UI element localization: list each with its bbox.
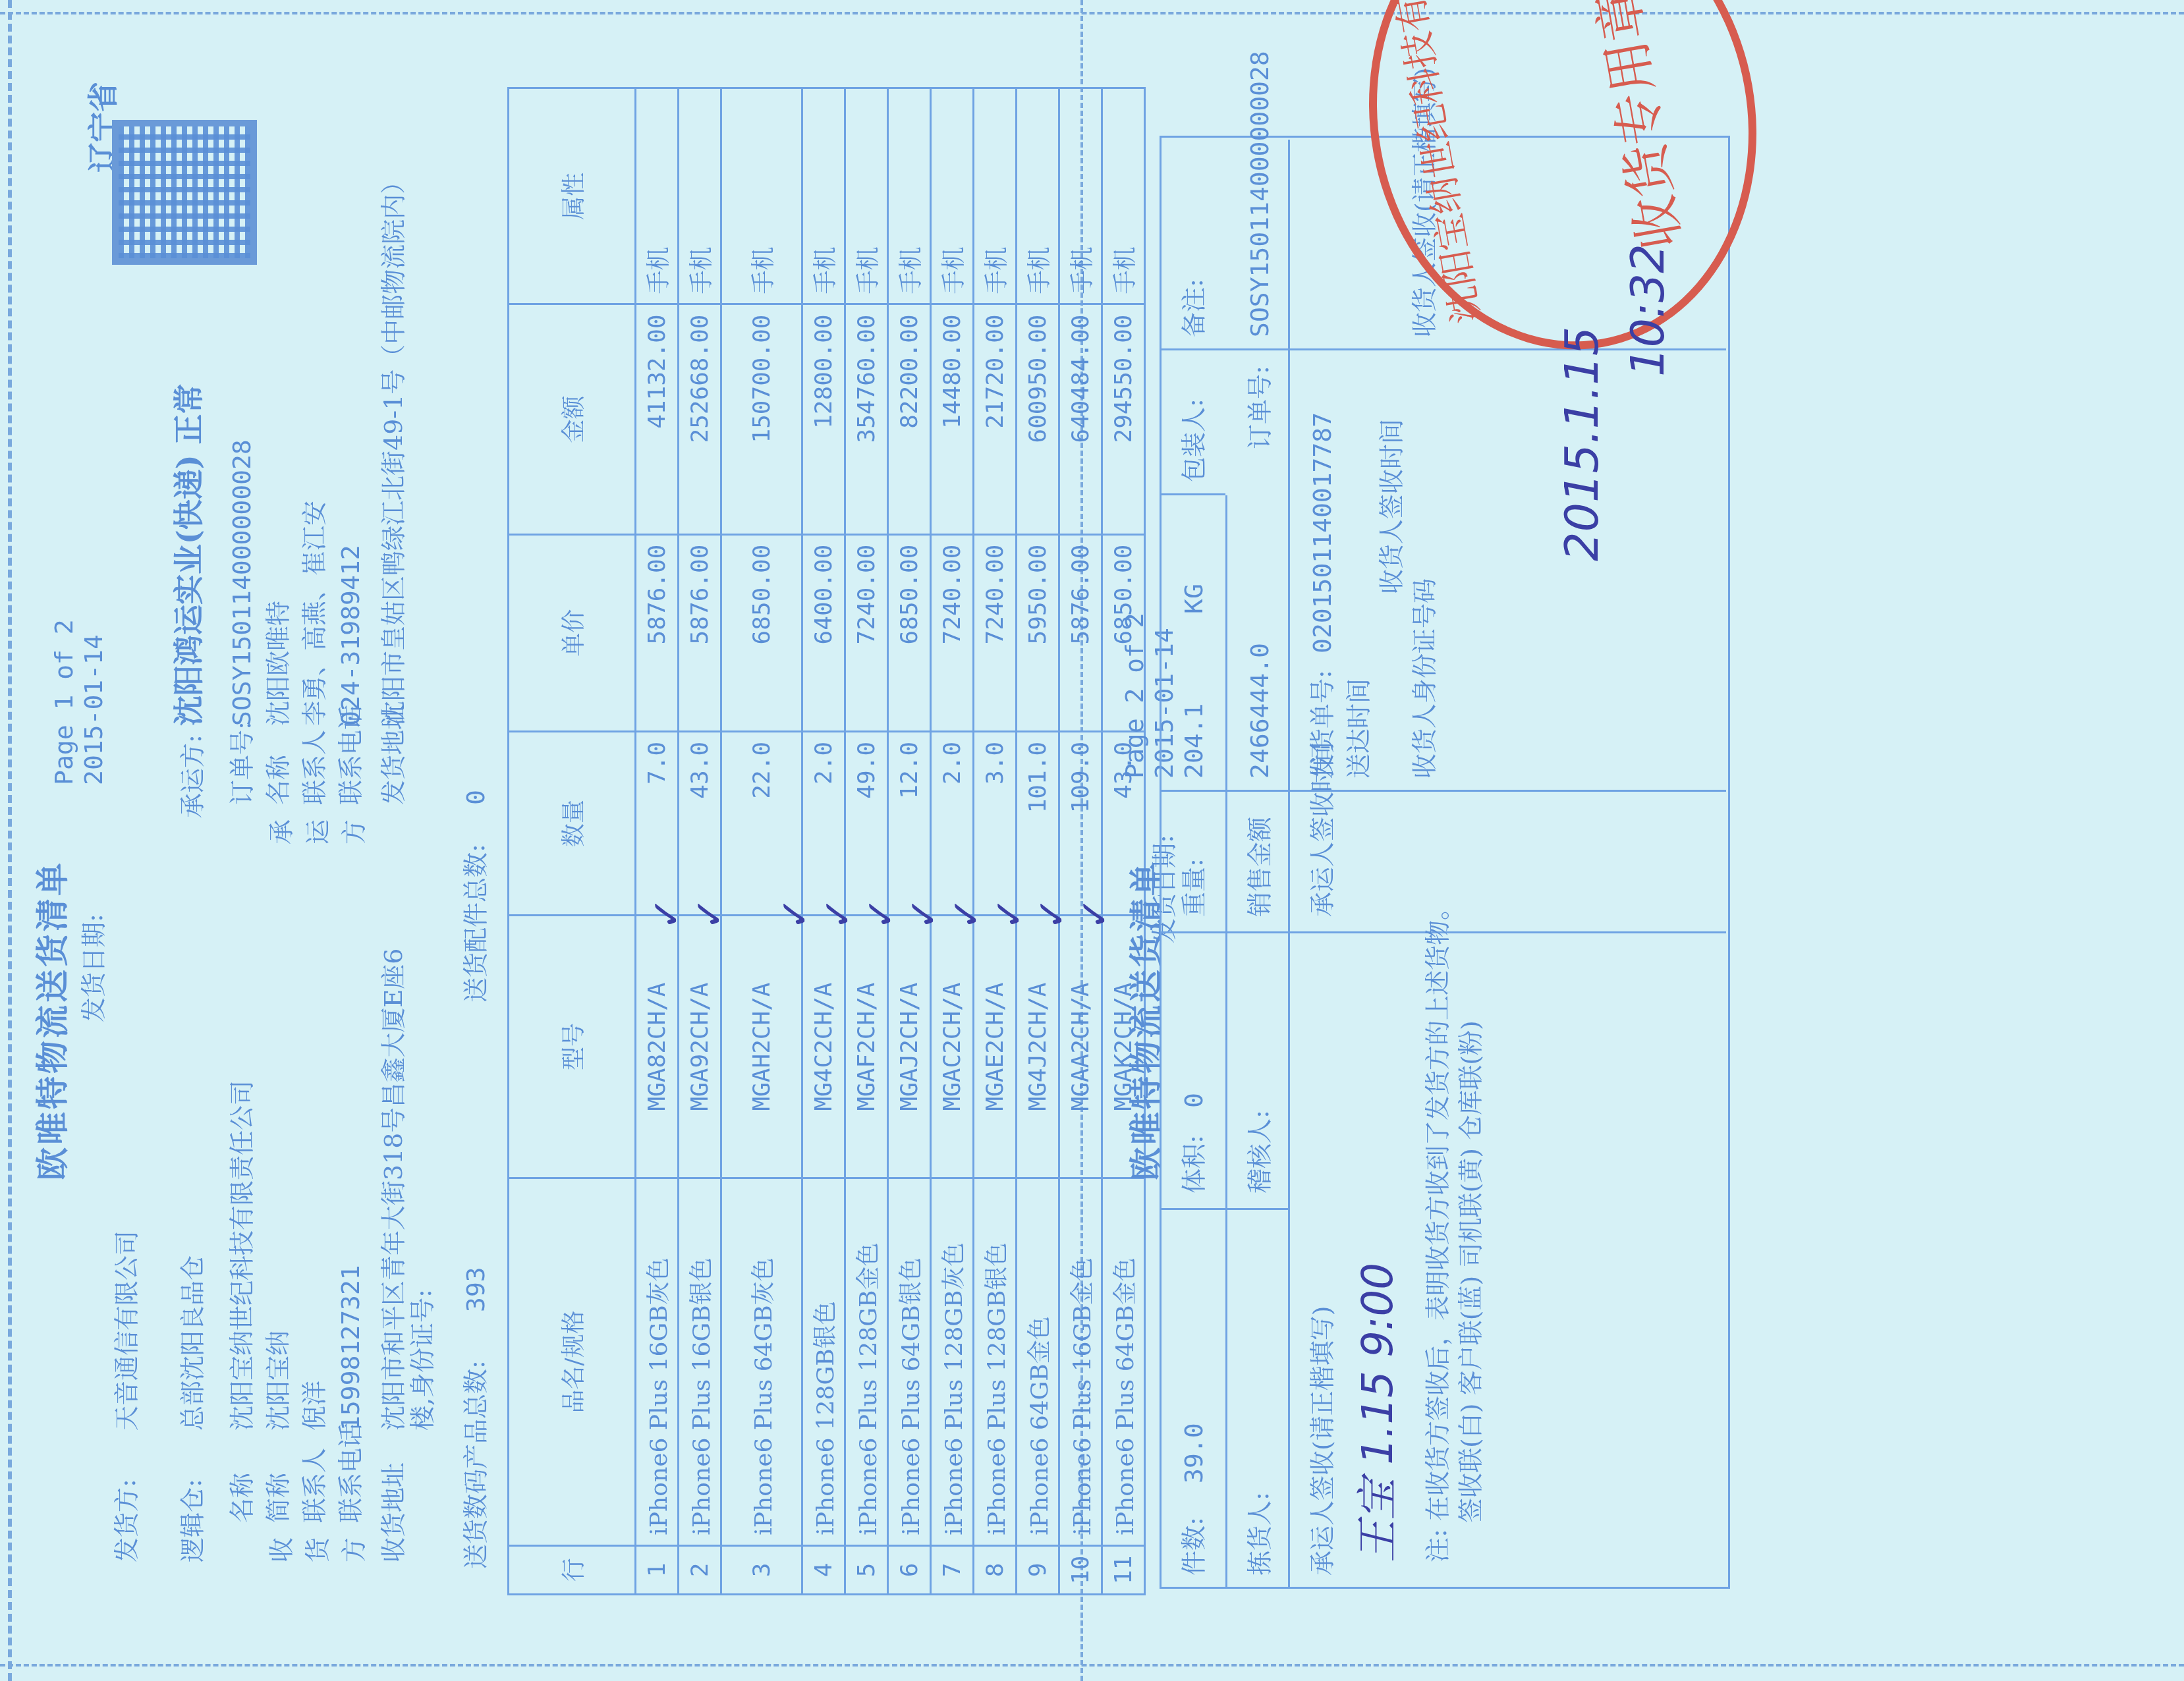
carrier-side-char: 方: [336, 819, 372, 844]
receiver-time-handwriting: 10:32: [1621, 244, 1675, 377]
item-name: iPhone6 Plus 16GB灰色: [636, 1178, 679, 1545]
volume-label: 体积:: [1179, 1135, 1208, 1194]
item-qty: 22.0: [721, 731, 802, 915]
item-name: iPhone6 Plus 64GB银色: [888, 1178, 931, 1545]
item-attr: 手机: [888, 88, 931, 304]
consignee-name: 沈阳宝纳世纪科技有限责任公司: [227, 1080, 256, 1431]
item-attr: 手机: [636, 88, 679, 304]
item-attr: 手机: [974, 88, 1017, 304]
item-name: iPhone6 Plus 128GB银色: [974, 1178, 1017, 1545]
box-line: [1160, 1208, 1288, 1210]
consignee-contact-label: 联系人: [300, 1448, 329, 1523]
table-row: 11 iPhone6 Plus 64GB金色 MGAK2CH/A 43.0 68…: [1102, 88, 1145, 1595]
left-perforation: [0, 1664, 2184, 1667]
item-amount: 640484.00: [1059, 304, 1102, 534]
item-price: 6400.00: [802, 534, 845, 731]
row-number: 2: [679, 1545, 721, 1594]
col-header-amount: 金额: [509, 304, 636, 534]
volume-value: 0: [1179, 1093, 1208, 1108]
table-row: 4 iPhone6 128GB银色 MG4C2CH/A 2.0 6400.00 …: [802, 88, 845, 1595]
item-qty: 101.0: [1017, 731, 1059, 915]
item-attr: 手机: [1017, 88, 1059, 304]
items-table: 行 品名/规格 型号 数量 单价 金额 属性 1 iPhone6 Plus 16…: [507, 87, 1146, 1595]
table-row: 3 iPhone6 Plus 64GB灰色 MGAH2CH/A 22.0 685…: [721, 88, 802, 1595]
col-header-model: 型号: [509, 916, 636, 1178]
consignee-address: 沈阳市和平区青年大街318号昌鑫大厦E座6楼,身份证号:: [379, 943, 437, 1431]
carrier-order: SOSY150114000000028: [227, 439, 256, 726]
receiver-id-label: 收货人身份证号码: [1410, 578, 1439, 779]
page2-page-label: Page 2 of 2: [1120, 613, 1149, 779]
page1-title: 欧唯特物流送货清单: [26, 860, 74, 1180]
item-qty: 109.0: [1059, 731, 1102, 915]
item-amount: 252668.00: [679, 304, 721, 534]
qr-code: [112, 120, 257, 265]
page1-page-label: Page 1 of 2: [49, 619, 78, 785]
table-row: 6 iPhone6 Plus 64GB银色 MGAJ2CH/A 12.0 685…: [888, 88, 931, 1595]
page1-ship-date: 2015-01-14: [79, 634, 108, 785]
item-name: iPhone6 64GB金色: [1017, 1178, 1059, 1545]
item-model: MGAJ2CH/A: [888, 916, 931, 1178]
item-price: 7240.00: [931, 534, 974, 731]
carrier-contact-label: 联系人: [300, 730, 329, 805]
item-qty: 2.0: [802, 731, 845, 915]
table-row: 8 iPhone6 Plus 128GB银色 MGAE2CH/A 3.0 724…: [974, 88, 1017, 1595]
item-model: MGAC2CH/A: [931, 916, 974, 1178]
weight-unit: KG: [1179, 584, 1208, 614]
packer-label: 包装人:: [1179, 399, 1208, 482]
item-name: iPhone6 Plus 16GB金色: [1059, 1178, 1102, 1545]
item-price: 6850.00: [888, 534, 931, 731]
item-amount: 41132.00: [636, 304, 679, 534]
consignee-phone: 15998127321: [336, 1265, 365, 1431]
shipper-label: 发货方:: [112, 1479, 141, 1562]
reviewer-label: 稽核人:: [1245, 1110, 1274, 1194]
table-row: 9 iPhone6 64GB金色 MG4J2CH/A 101.0 5950.00…: [1017, 88, 1059, 1595]
item-model: MGAA2CH/A: [1059, 916, 1102, 1178]
col-header-attr: 属性: [509, 88, 636, 304]
right-perforation: [0, 12, 2184, 14]
col-header-name: 品名/规格: [509, 1178, 636, 1545]
warehouse-label: 逻辑仓:: [178, 1479, 207, 1562]
item-name: iPhone6 Plus 16GB银色: [679, 1178, 721, 1545]
carrier-signature-handwriting: 王宝 1.15 9:00: [1344, 1263, 1405, 1562]
item-model: MG4C2CH/A: [802, 916, 845, 1178]
item-amount: 21720.00: [974, 304, 1017, 534]
item-amount: 12800.00: [802, 304, 845, 534]
item-model: MG4J2CH/A: [1017, 916, 1059, 1178]
item-attr: 手机: [679, 88, 721, 304]
item-qty: 3.0: [974, 731, 1017, 915]
item-attr: 手机: [1059, 88, 1102, 304]
consignee-side-label: 收 货 方: [264, 1537, 372, 1562]
receiver-date-handwriting: 2015.1.15: [1555, 327, 1609, 561]
item-name: iPhone6 128GB银色: [802, 1178, 845, 1545]
item-qty: 49.0: [845, 731, 888, 915]
carrier-order-label: 订单号:: [227, 721, 256, 805]
item-model: MGA82CH/A: [636, 916, 679, 1178]
box-line: [1225, 495, 1227, 1589]
consignee-side-char: 方: [336, 1537, 372, 1562]
consignee-phone-label: 联系电话: [336, 1423, 365, 1523]
table-row: 7 iPhone6 Plus 128GB灰色 MGAC2CH/A 2.0 724…: [931, 88, 974, 1595]
stamp-center-text: 收货专用章: [1575, 0, 1695, 256]
item-amount: 14480.00: [931, 304, 974, 534]
item-qty: 12.0: [888, 731, 931, 915]
receipt-note: 注: 在收货方签收后，表明收货方收到了发货方的上述货物。: [1423, 895, 1452, 1562]
row-number: 7: [931, 1545, 974, 1594]
item-name: iPhone6 Plus 64GB金色: [1102, 1178, 1145, 1545]
handwritten-checkmarks: ✓✓✓✓✓✓✓✓✓✓: [646, 897, 1117, 930]
copy-colors-note: 签收联(白) 客户联(蓝) 司机联(黄) 仓库联(粉): [1456, 1020, 1485, 1523]
consignee-side-char: 收: [264, 1537, 300, 1562]
carrier-name: 沈阳欧唯特: [264, 601, 293, 726]
consignee-short: 沈阳宝纳: [264, 1331, 293, 1431]
accessory-total-label: 送货配件总数:: [461, 844, 490, 1003]
dispatch-no-label: 发货单号:: [1308, 670, 1337, 779]
warehouse-value: 总部沈阳良品仓: [178, 1255, 207, 1431]
picker-label: 拣货人:: [1245, 1492, 1274, 1576]
item-price: 6850.00: [721, 534, 802, 731]
item-name: iPhone6 Plus 128GB金色: [845, 1178, 888, 1545]
item-amount: 150700.00: [721, 304, 802, 534]
item-qty: 43.0: [679, 731, 721, 915]
digital-total-label: 送货数码产品总数:: [461, 1360, 490, 1569]
carrier-address: 沈阳市皇姑区鸭绿江北街49-1号（中邮物流院内）: [379, 169, 408, 726]
pieces-value: 39.0: [1179, 1423, 1208, 1483]
carrier-phone: 024-31989412: [336, 545, 365, 726]
table-row: 1 iPhone6 Plus 16GB灰色 MGA82CH/A 7.0 5876…: [636, 88, 679, 1595]
digital-total: 393: [461, 1267, 490, 1312]
row-number: 4: [802, 1545, 845, 1594]
item-price: 5876.00: [679, 534, 721, 731]
order-value: SOSY150114000000028: [1245, 51, 1274, 337]
item-amount: 82200.00: [888, 304, 931, 534]
order-label: 订单号:: [1245, 366, 1274, 449]
item-attr: 手机: [845, 88, 888, 304]
box-line: [1160, 790, 1726, 792]
carrier-name-label: 名称: [264, 755, 293, 805]
col-header-price: 单价: [509, 534, 636, 731]
carrier-sign-label: 承运人签收(请正楷填写): [1308, 1306, 1337, 1576]
row-number: 8: [974, 1545, 1017, 1594]
row-number: 5: [845, 1545, 888, 1594]
item-model: MGAF2CH/A: [845, 916, 888, 1178]
table-row: 10 iPhone6 Plus 16GB金色 MGAA2CH/A 109.0 5…: [1059, 88, 1102, 1595]
consignee-contact: 倪洋: [300, 1381, 329, 1431]
shipper-value: 天音通信有限公司: [112, 1230, 141, 1431]
item-model: MGAH2CH/A: [721, 916, 802, 1178]
consignee-address-label: 收货地址: [379, 1462, 408, 1562]
item-price: 5876.00: [636, 534, 679, 731]
table-header-row: 行 品名/规格 型号 数量 单价 金额 属性: [509, 88, 636, 1595]
row-number: 1: [636, 1545, 679, 1594]
consignee-side-char: 货: [300, 1537, 336, 1562]
box-line: [1160, 493, 1225, 495]
row-number: 9: [1017, 1545, 1059, 1594]
item-amount: 354760.00: [845, 304, 888, 534]
carrier-contact: 李勇、高燕、崔江安: [300, 501, 329, 726]
delivery-time-label: 送达时间: [1344, 678, 1373, 779]
carrier-label: 承运方:: [178, 734, 207, 818]
item-model: MGA92CH/A: [679, 916, 721, 1178]
item-name: iPhone6 Plus 128GB灰色: [931, 1178, 974, 1545]
item-qty: 2.0: [931, 731, 974, 915]
consignee-name-label: 名称: [227, 1473, 256, 1523]
carrier-side-char: 运: [300, 819, 336, 844]
item-price: 5876.00: [1059, 534, 1102, 731]
delivery-slip-page: 欧唯特物流送货清单 Page 1 of 2 发货日期: 2015-01-14 辽…: [0, 0, 2184, 1681]
table-row: 5 iPhone6 Plus 128GB金色 MGAF2CH/A 49.0 72…: [845, 88, 888, 1595]
top-perforation: [8, 0, 12, 1681]
row-number: 11: [1102, 1545, 1145, 1594]
col-header-row: 行: [509, 1545, 636, 1594]
sales-amount-label: 销售金额: [1245, 817, 1274, 917]
page1-ship-date-label: 发货日期:: [79, 914, 108, 1022]
sales-amount: 2466444.0: [1245, 643, 1274, 779]
table-row: 2 iPhone6 Plus 16GB银色 MGA92CH/A 43.0 587…: [679, 88, 721, 1595]
item-price: 7240.00: [974, 534, 1017, 731]
weight-value: 204.1: [1179, 703, 1208, 779]
item-attr: 手机: [721, 88, 802, 304]
item-attr: 手机: [1102, 88, 1145, 304]
item-qty: 7.0: [636, 731, 679, 915]
dispatch-no: 0201501140017787: [1308, 412, 1337, 653]
accessory-total: 0: [461, 790, 490, 805]
item-price: 7240.00: [845, 534, 888, 731]
item-price: 5950.00: [1017, 534, 1059, 731]
receiver-sign-time-label: 收货人签收时间: [1377, 419, 1406, 594]
row-number: 10: [1059, 1545, 1102, 1594]
consignee-short-label: 简称: [264, 1473, 293, 1523]
item-amount: 600950.00: [1017, 304, 1059, 534]
col-header-qty: 数量: [509, 731, 636, 915]
box-line: [1288, 140, 1290, 1589]
item-model: MGAE2CH/A: [974, 916, 1017, 1178]
item-attr: 手机: [931, 88, 974, 304]
carrier-side-label: 承 运 方: [264, 819, 372, 844]
item-amount: 294550.00: [1102, 304, 1145, 534]
carrier-side-char: 承: [264, 819, 300, 844]
carrier-value: 沈阳鸿运实业(快递) 正常: [165, 252, 208, 726]
pieces-label: 件数:: [1179, 1517, 1208, 1576]
item-attr: 手机: [802, 88, 845, 304]
item-name: iPhone6 Plus 64GB灰色: [721, 1178, 802, 1545]
remarks-label: 备注:: [1179, 279, 1208, 337]
box-line: [1288, 931, 1726, 933]
box-line: [1160, 931, 1288, 933]
row-number: 6: [888, 1545, 931, 1594]
row-number: 3: [721, 1545, 802, 1594]
weight-label: 重量:: [1179, 858, 1208, 917]
